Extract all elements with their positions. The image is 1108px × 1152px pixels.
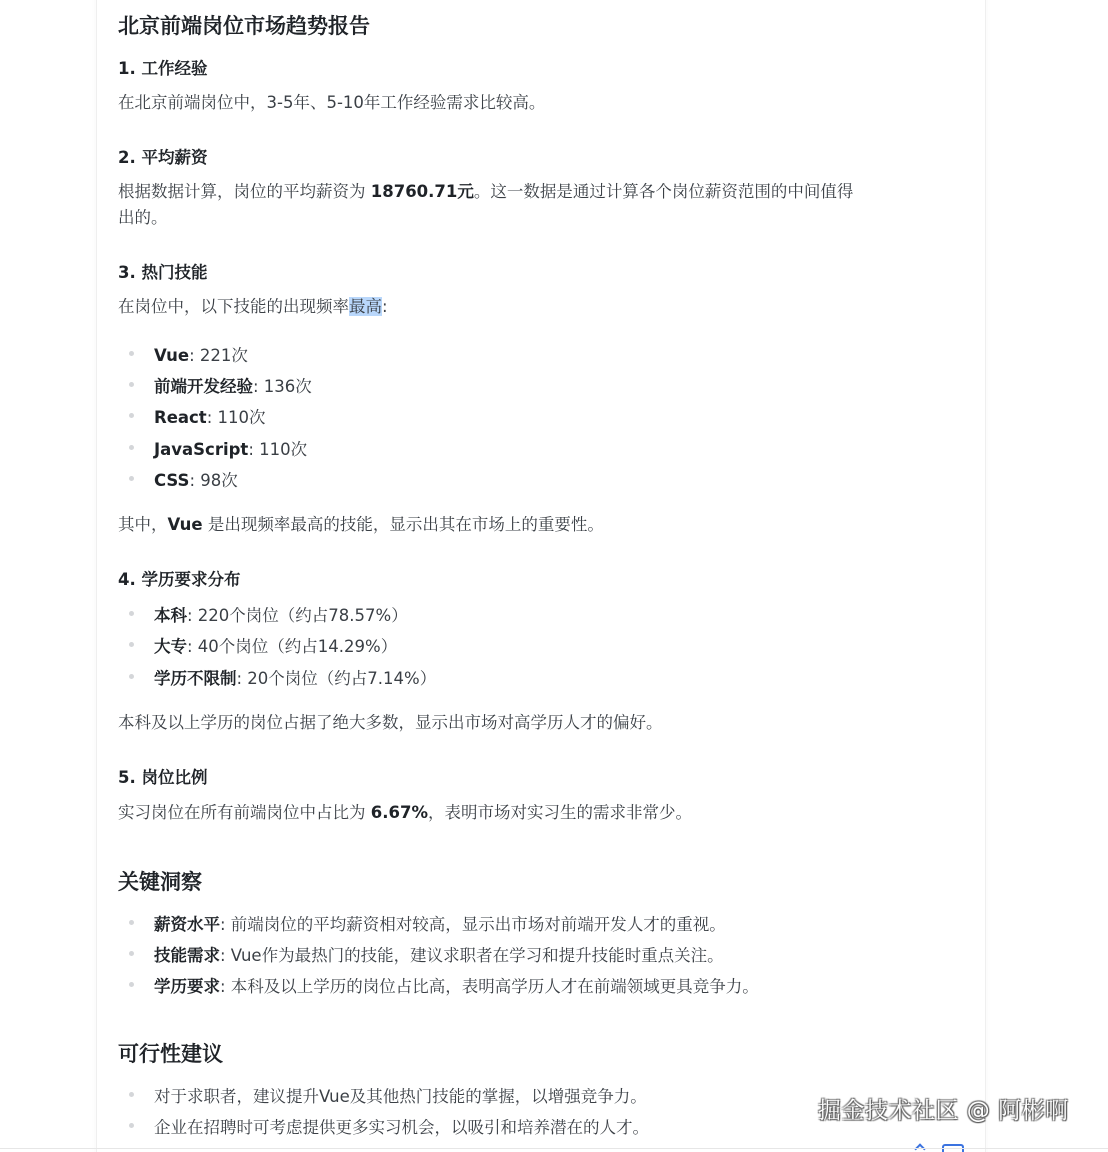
ratio-text-after: ，表明市场对实习生的需求非常少。 xyxy=(428,803,692,822)
ratio-value: 6.67% xyxy=(371,803,428,822)
skill-count: : 110次 xyxy=(207,408,266,427)
bullet-icon xyxy=(129,611,134,616)
bullet-icon xyxy=(129,920,134,925)
bottom-toolbar xyxy=(912,1142,972,1152)
skill-label: React xyxy=(154,408,207,427)
bullet-icon xyxy=(129,642,134,647)
salary-value: 18760.71元 xyxy=(371,182,474,201)
section-text-salary: 根据数据计算，岗位的平均薪资为 18760.71元。这一数据是通过计算各个岗位薪… xyxy=(118,179,853,205)
suggestion-text: 企业在招聘时可考虑提供更多实习机会，以吸引和培养潜在的人才。 xyxy=(154,1114,649,1138)
section-heading-experience: 1. 工作经验 xyxy=(118,55,208,79)
section-text-experience: 在北京前端岗位中，3-5年、5-10年工作经验需求比较高。 xyxy=(118,90,545,116)
skill-count: : 98次 xyxy=(189,471,237,490)
bullet-icon xyxy=(129,445,134,450)
skills-summary: 其中，Vue 是出现频率最高的技能，显示出其在市场上的重要性。 xyxy=(118,512,604,538)
section-heading-skills: 3. 热门技能 xyxy=(118,259,208,283)
education-label: 大专 xyxy=(154,637,187,656)
skill-count: : 221次 xyxy=(189,346,248,365)
skills-intro-colon: : xyxy=(382,297,388,316)
salary-text-before: 根据数据计算，岗位的平均薪资为 xyxy=(118,182,371,201)
insights-heading: 关键洞察 xyxy=(118,866,202,896)
bullet-icon xyxy=(129,382,134,387)
suggestion-text: 对于求职者，建议提升Vue及其他热门技能的掌握，以增强竞争力。 xyxy=(154,1083,647,1107)
skills-summary-after: 是出现频率最高的技能，显示出其在市场上的重要性。 xyxy=(203,515,604,534)
insight-text: : Vue作为最热门的技能，建议求职者在学习和提升技能时重点关注。 xyxy=(220,946,724,965)
skills-summary-before: 其中， xyxy=(118,515,168,534)
skills-intro-text: 在岗位中，以下技能的出现频率 xyxy=(118,297,349,316)
salary-text-after: 。这一数据是通过计算各个岗位薪资范围的中间值得 xyxy=(474,182,854,201)
skill-label: CSS xyxy=(154,471,189,490)
skill-label: JavaScript xyxy=(154,440,248,459)
education-label: 学历不限制 xyxy=(154,669,237,688)
insight-label: 学历要求 xyxy=(154,977,220,996)
education-label: 本科 xyxy=(154,606,187,625)
skill-label: 前端开发经验 xyxy=(154,377,253,396)
section-text-ratio: 实习岗位在所有前端岗位中占比为 6.67%，表明市场对实习生的需求非常少。 xyxy=(118,800,692,826)
insight-text: : 本科及以上学历的岗位占比高，表明高学历人才在前端领域更具竞争力。 xyxy=(220,977,759,996)
suggestions-heading: 可行性建议 xyxy=(118,1038,223,1068)
bullet-icon xyxy=(129,674,134,679)
skill-count: : 110次 xyxy=(248,440,307,459)
section-heading-ratio: 5. 岗位比例 xyxy=(118,764,208,788)
insight-text: : 前端岗位的平均薪资相对较高，显示出市场对前端开发人才的重视。 xyxy=(220,915,726,934)
selected-text-highlight[interactable]: 最高 xyxy=(349,297,382,316)
bullet-icon xyxy=(129,982,134,987)
skill-label: Vue xyxy=(154,346,189,365)
section-intro-skills: 在岗位中，以下技能的出现频率最高: xyxy=(118,294,388,320)
skills-summary-bold: Vue xyxy=(168,515,203,534)
insight-label: 技能需求 xyxy=(154,946,220,965)
education-value: : 220个岗位（约占78.57%） xyxy=(187,606,408,625)
education-value: : 40个岗位（约占14.29%） xyxy=(187,637,397,656)
bullet-icon xyxy=(129,476,134,481)
report-title: 北京前端岗位市场趋势报告 xyxy=(118,10,370,40)
skill-count: : 136次 xyxy=(253,377,312,396)
bullet-icon xyxy=(129,351,134,356)
bullet-icon xyxy=(129,413,134,418)
section-heading-salary: 2. 平均薪资 xyxy=(118,144,208,168)
section-heading-education: 4. 学历要求分布 xyxy=(118,566,241,590)
bullet-icon xyxy=(129,951,134,956)
education-summary: 本科及以上学历的岗位占据了绝大多数，显示出市场对高学历人才的偏好。 xyxy=(118,710,663,736)
education-value: : 20个岗位（约占7.14%） xyxy=(237,669,437,688)
ratio-text-before: 实习岗位在所有前端岗位中占比为 xyxy=(118,803,371,822)
divider xyxy=(0,1148,1108,1149)
watermark: 掘金技术社区 @ 阿彬啊 xyxy=(818,1092,1069,1125)
bullet-icon xyxy=(129,1123,134,1128)
insight-label: 薪资水平 xyxy=(154,915,220,934)
section-text-salary-line2: 出的。 xyxy=(118,205,168,231)
bullet-icon xyxy=(129,1092,134,1097)
